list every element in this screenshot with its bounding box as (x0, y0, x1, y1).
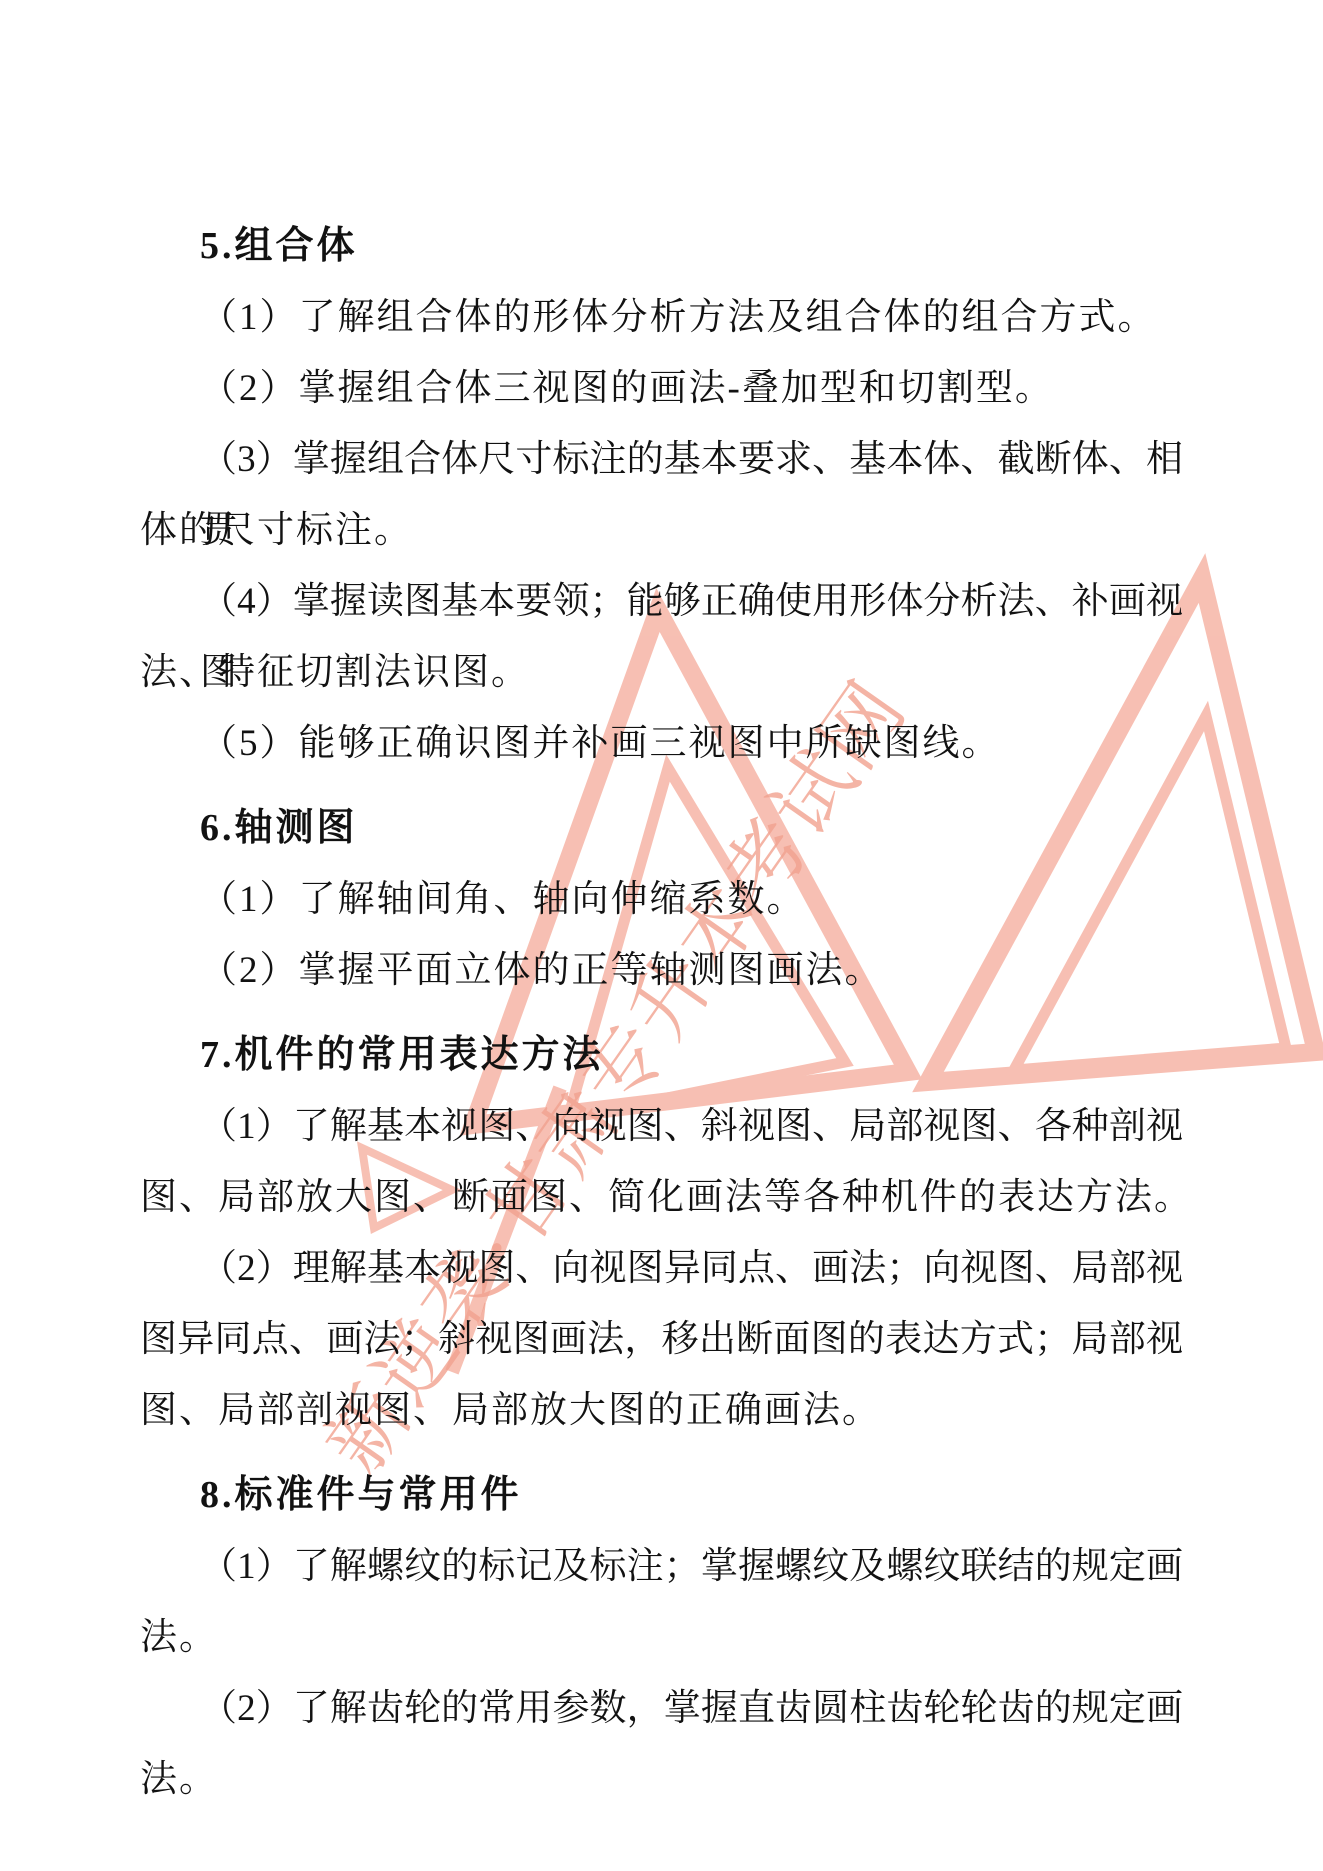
document-page: 新逆袭·甘肃专升本考试网 5.组合体 （1）了解组合体的形体分析方法及组合体的组… (0, 0, 1323, 1871)
text-line: （2）掌握组合体三视图的画法-叠加型和切割型。 (140, 353, 1183, 424)
text-line: （4）掌握读图基本要领；能够正确使用形体分析法、补画视图 (140, 566, 1183, 637)
text-line: （5）能够正确识图并补画三视图中所缺图线。 (140, 708, 1183, 779)
text-line: 法。 (140, 1744, 1183, 1815)
text-line: （1）了解组合体的形体分析方法及组合体的组合方式。 (140, 282, 1183, 353)
section-heading: 5.组合体 (140, 211, 1183, 282)
section-heading: 8.标准件与常用件 (140, 1460, 1183, 1531)
text-line: 图、局部剖视图、局部放大图的正确画法。 (140, 1375, 1183, 1446)
text-line: （1）了解基本视图、向视图、斜视图、局部视图、各种剖视 (140, 1091, 1183, 1162)
text-line: 法。 (140, 1602, 1183, 1673)
section-heading: 7.机件的常用表达方法 (140, 1020, 1183, 1091)
text-line: （2）理解基本视图、向视图异同点、画法；向视图、局部视 (140, 1233, 1183, 1304)
text-line: （2）掌握平面立体的正等轴测图画法。 (140, 935, 1183, 1006)
document-body: 5.组合体 （1）了解组合体的形体分析方法及组合体的组合方式。 （2）掌握组合体… (0, 0, 1323, 1815)
text-line: 法、特征切割法识图。 (140, 637, 1183, 708)
text-line: （1）了解轴间角、轴向伸缩系数。 (140, 864, 1183, 935)
section-heading: 6.轴测图 (140, 793, 1183, 864)
text-line: （1）了解螺纹的标记及标注；掌握螺纹及螺纹联结的规定画 (140, 1531, 1183, 1602)
text-line: 图异同点、画法；斜视图画法，移出断面图的表达方式；局部视 (140, 1304, 1183, 1375)
text-line: （2）了解齿轮的常用参数，掌握直齿圆柱齿轮轮齿的规定画 (140, 1673, 1183, 1744)
text-line: 体的尺寸标注。 (140, 495, 1183, 566)
text-line: 图、局部放大图、断面图、简化画法等各种机件的表达方法。 (140, 1162, 1183, 1233)
text-line: （3）掌握组合体尺寸标注的基本要求、基本体、截断体、相贯 (140, 424, 1183, 495)
